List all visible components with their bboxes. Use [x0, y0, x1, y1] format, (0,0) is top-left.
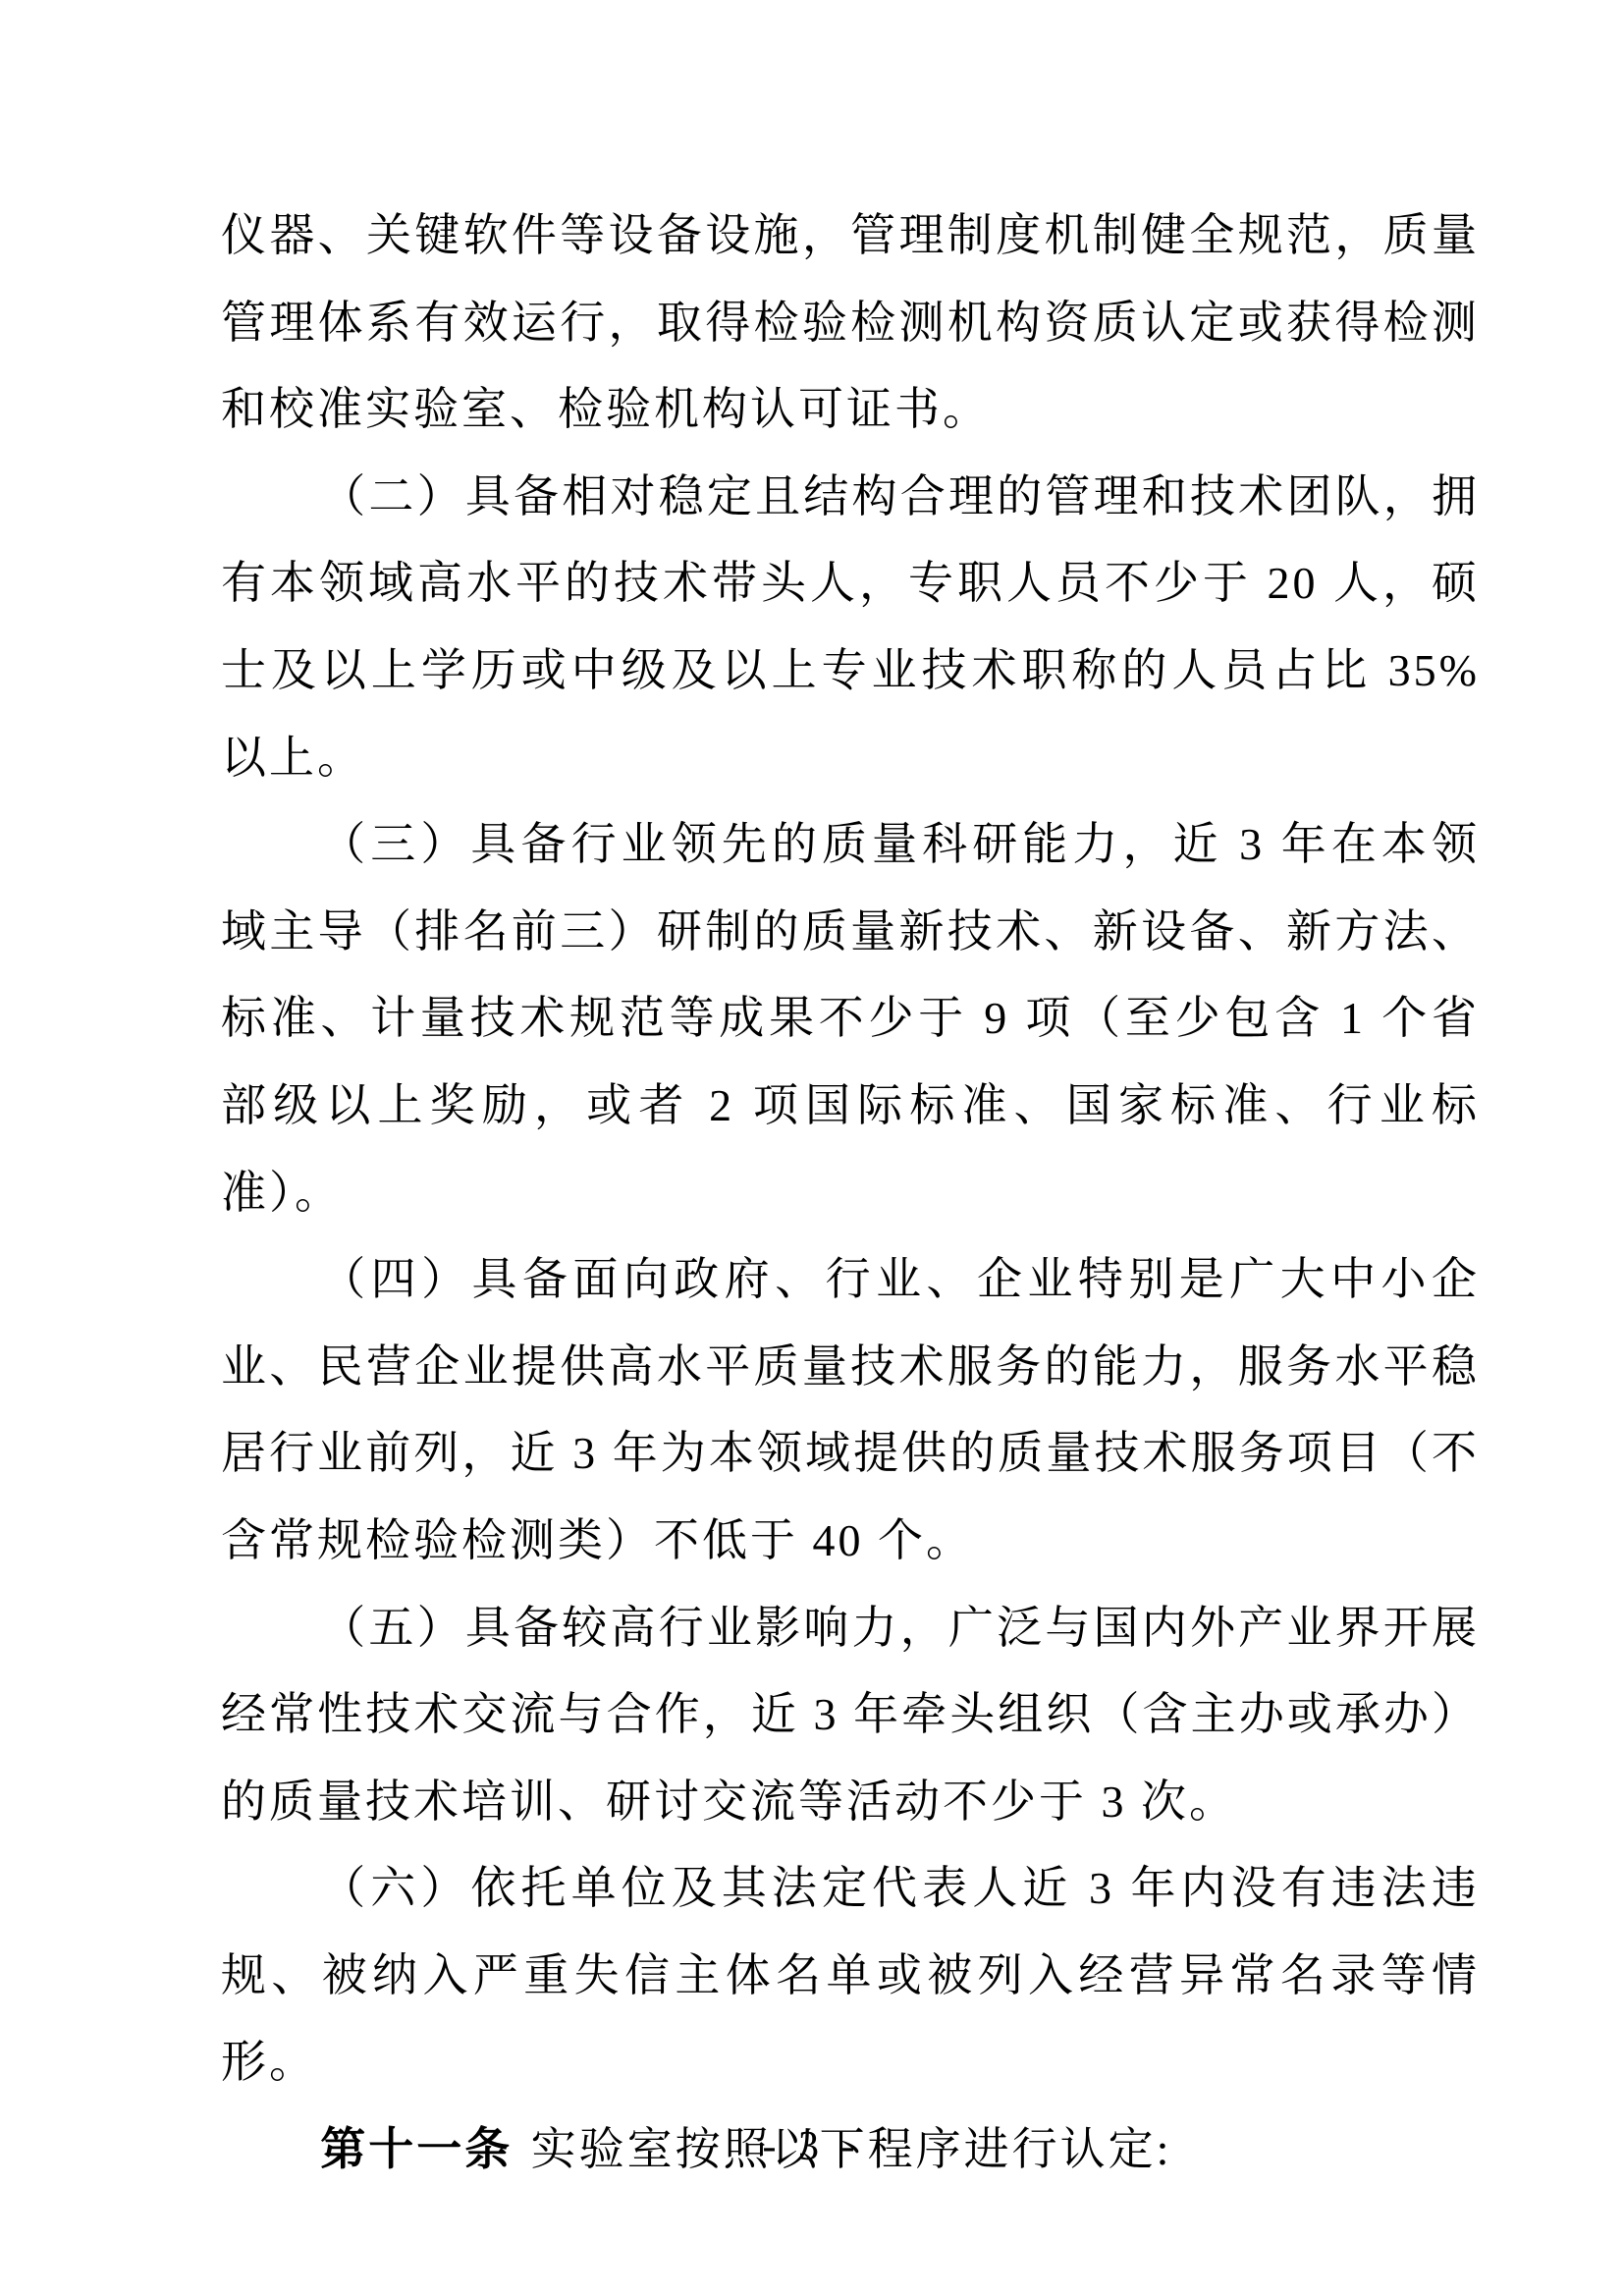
- paragraph-continuation: 仪器、关键软件等设备设施，管理制度机制健全规范，质量管理体系有效运行，取得检验检…: [221, 192, 1480, 454]
- page-footer: - 3 -: [0, 2123, 1623, 2170]
- page-number: - 3 -: [763, 2124, 861, 2169]
- document-page: 仪器、关键软件等设备设施，管理制度机制健全规范，质量管理体系有效运行，取得检验检…: [0, 0, 1623, 2296]
- paragraph-clause-4: （四）具备面向政府、行业、企业特别是广大中小企业、民营企业提供高水平质量技术服务…: [221, 1236, 1480, 1584]
- paragraph-clause-5: （五）具备较高行业影响力，广泛与国内外产业界开展经常性技术交流与合作，近 3 年…: [221, 1585, 1480, 1846]
- paragraph-clause-2: （二）具备相对稳定且结构合理的管理和技术团队，拥有本领域高水平的技术带头人，专职…: [221, 454, 1480, 801]
- paragraph-clause-3: （三）具备行业领先的质量科研能力，近 3 年在本领域主导（排名前三）研制的质量新…: [221, 801, 1480, 1236]
- paragraph-clause-6: （六）依托单位及其法定代表人近 3 年内没有违法违规、被纳入严重失信主体名单或被…: [221, 1845, 1480, 2106]
- document-body: 仪器、关键软件等设备设施，管理制度机制健全规范，质量管理体系有效运行，取得检验检…: [221, 192, 1480, 2194]
